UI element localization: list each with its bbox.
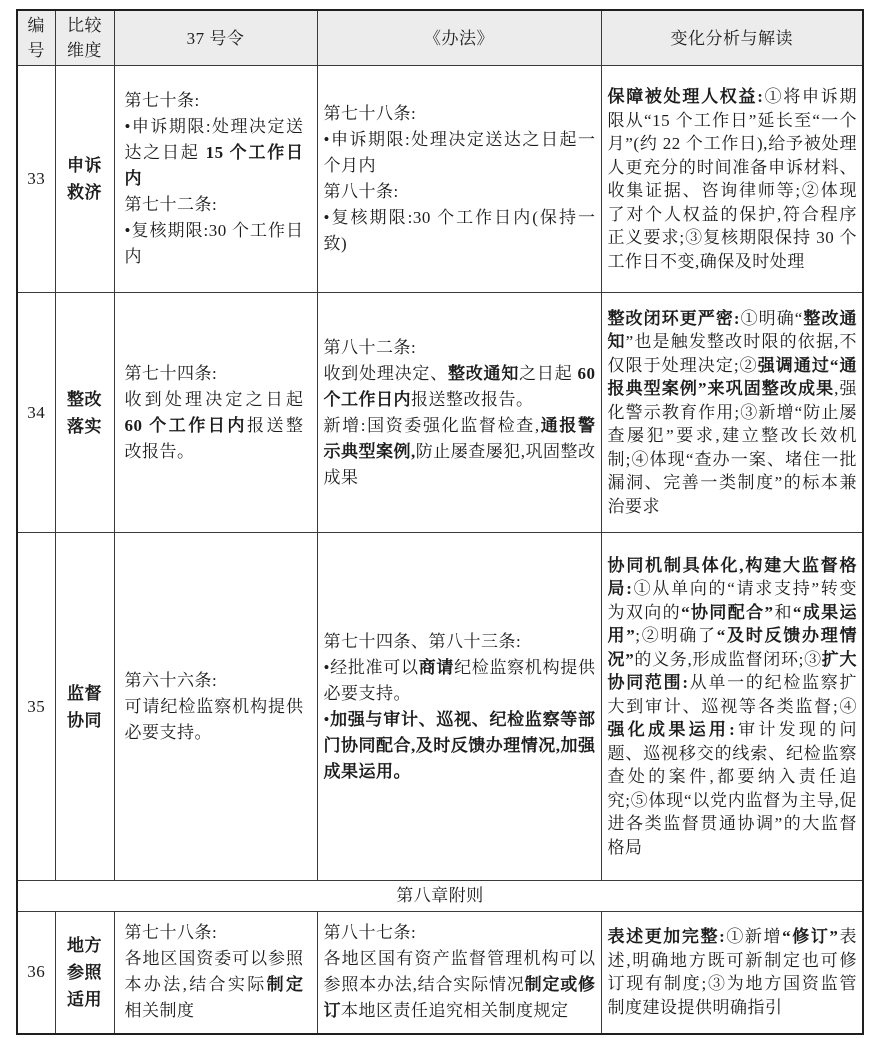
dimension-cell: 整改落实 — [55, 293, 114, 533]
dimension-cell: 申诉救济 — [55, 66, 114, 293]
order37-cell: 第七十八条:各地区国资委可以参照本办法,结合实际制定相关制度 — [114, 912, 317, 1034]
header-cell-number: 编号 — [17, 10, 55, 66]
header-row: 编号 比较维度 37 号令 《办法》 变化分析与解读 — [17, 10, 863, 66]
header-cell-order37: 37 号令 — [114, 10, 317, 66]
header-cell-analysis: 变化分析与解读 — [601, 10, 863, 66]
comparison-table: 编号 比较维度 37 号令 《办法》 变化分析与解读 33 申诉救济 第七十条:… — [16, 9, 864, 1035]
analysis-cell: 整改闭环更严密:①明确“整改通知”也是触发整改时限的依据,不仅限于处理决定;②强… — [601, 293, 863, 533]
header-cell-dimension: 比较维度 — [55, 10, 114, 66]
row-number: 35 — [17, 533, 55, 881]
table-row-36: 36 地方参照适用 第七十八条:各地区国资委可以参照本办法,结合实际制定相关制度… — [17, 912, 863, 1034]
order37-cell: 第七十条:•申诉期限:处理决定送达之日起 15 个工作日内第七十二条:•复核期限… — [114, 66, 317, 293]
analysis-cell: 保障被处理人权益:①将申诉期限从“15 个工作日”延长至“一个月”(约 22 个… — [601, 66, 863, 293]
section-row: 第八章附则 — [17, 881, 863, 912]
measures-cell: 第八十七条:各地区国有资产监督管理机构可以参照本办法,结合实际情况制定或修订本地… — [317, 912, 601, 1034]
table-row-33: 33 申诉救济 第七十条:•申诉期限:处理决定送达之日起 15 个工作日内第七十… — [17, 66, 863, 293]
dimension-cell: 地方参照适用 — [55, 912, 114, 1034]
table-row-35: 35 监督协同 第六十六条:可请纪检监察机构提供必要支持。 第七十四条、第八十三… — [17, 533, 863, 881]
row-number: 34 — [17, 293, 55, 533]
document-page: 编号 比较维度 37 号令 《办法》 变化分析与解读 33 申诉救济 第七十条:… — [0, 0, 877, 1038]
section-title: 第八章附则 — [17, 881, 863, 912]
header-cell-measures: 《办法》 — [317, 10, 601, 66]
analysis-cell: 协同机制具体化,构建大监督格局:①从单向的“请求支持”转变为双向的“协同配合”和… — [601, 533, 863, 881]
order37-cell: 第七十四条:收到处理决定之日起 60 个工作日内报送整改报告。 — [114, 293, 317, 533]
measures-cell: 第七十八条:•申诉期限:处理决定送达之日起一个月内第八十条:•复核期限:30 个… — [317, 66, 601, 293]
analysis-cell: 表述更加完整:①新增“修订”表述,明确地方既可新制定也可修订现有制度;③为地方国… — [601, 912, 863, 1034]
row-number: 36 — [17, 912, 55, 1034]
table-row-34: 34 整改落实 第七十四条:收到处理决定之日起 60 个工作日内报送整改报告。 … — [17, 293, 863, 533]
row-number: 33 — [17, 66, 55, 293]
dimension-cell: 监督协同 — [55, 533, 114, 881]
order37-cell: 第六十六条:可请纪检监察机构提供必要支持。 — [114, 533, 317, 881]
measures-cell: 第八十二条:收到处理决定、整改通知之日起 60 个工作日内报送整改报告。新增:国… — [317, 293, 601, 533]
measures-cell: 第七十四条、第八十三条:•经批准可以商请纪检监察机构提供必要支持。•加强与审计、… — [317, 533, 601, 881]
